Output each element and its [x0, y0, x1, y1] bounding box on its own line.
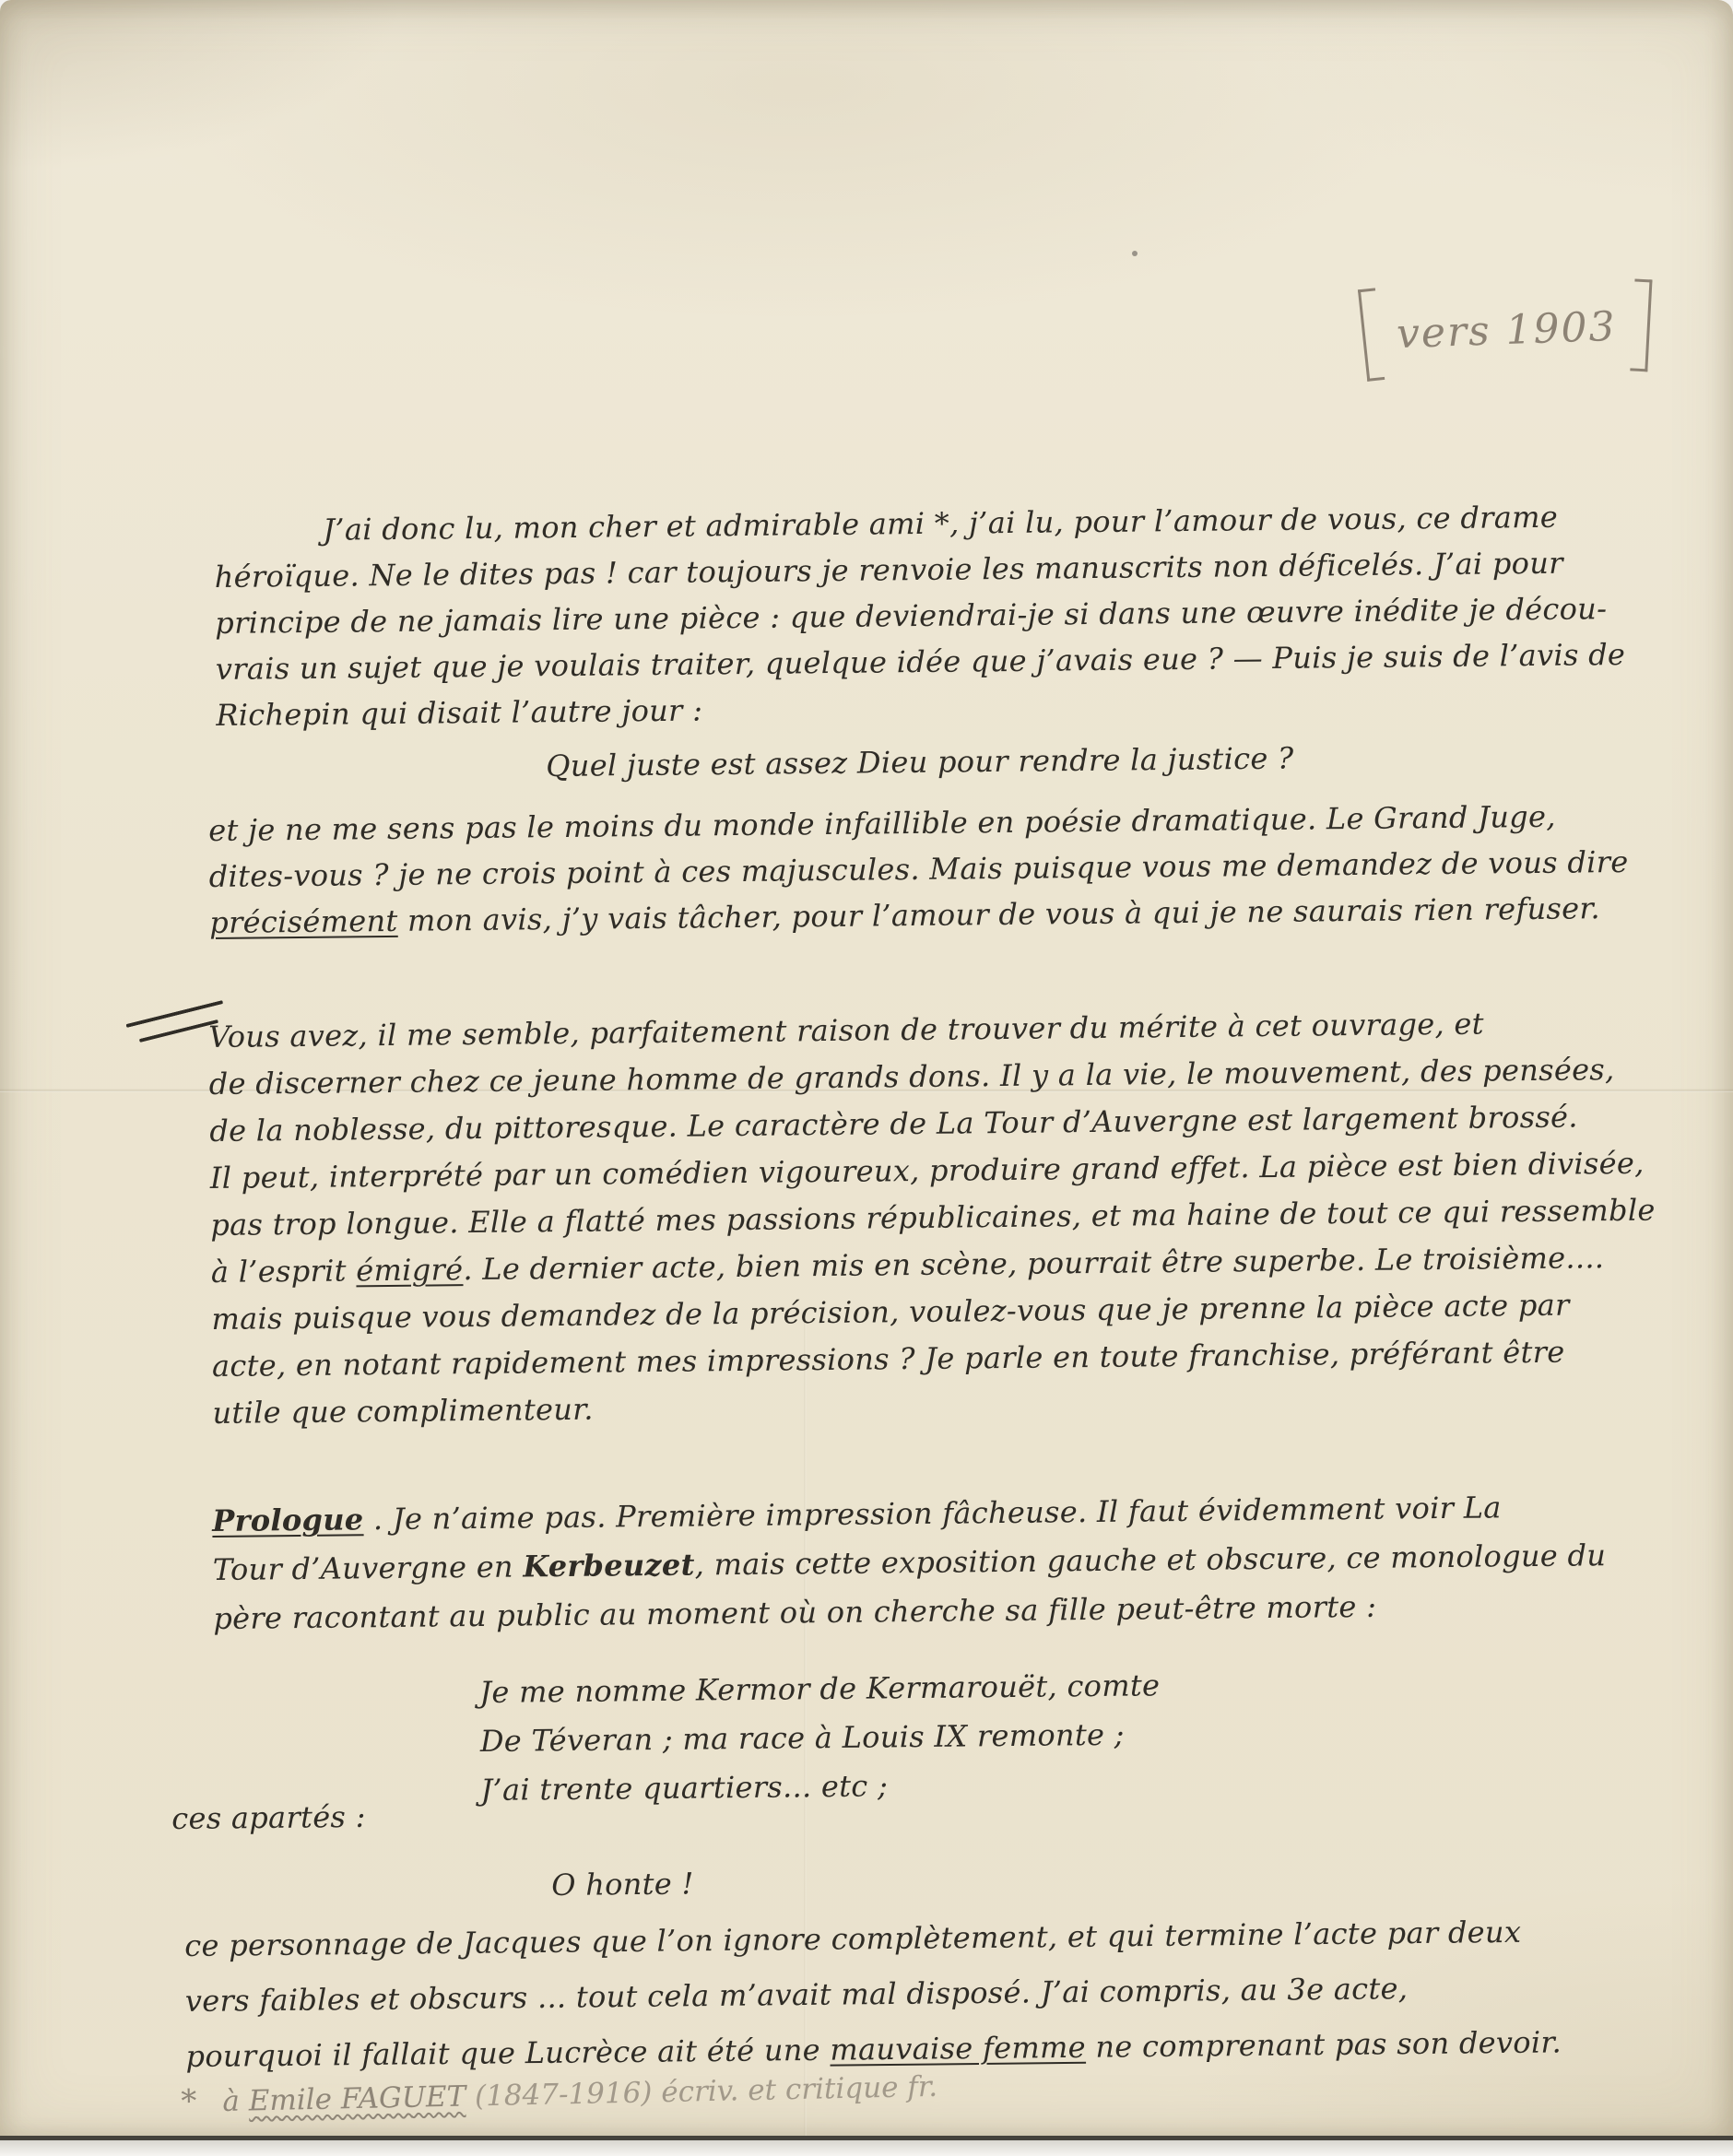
- quoted-exclamation: O honte !: [551, 1860, 694, 1909]
- letter-line: Je me nomme Kermor de Kermarouët, comte: [479, 1661, 1161, 1717]
- footnote-pre-text: à: [222, 2084, 249, 2118]
- letter-paragraph-opening: J’ai donc lu, mon cher et admirable ami …: [214, 493, 1626, 738]
- quoted-play-verse: Je me nomme Kermor de Kermarouët, comteD…: [479, 1661, 1161, 1815]
- date-annotation-text: vers 1903: [1396, 302, 1617, 357]
- letter-line: J’ai trente quartiers... etc ;: [480, 1759, 1161, 1815]
- letter-line: Quel juste est assez Dieu pour rendre la…: [546, 736, 1294, 789]
- footnote-star: *: [181, 2083, 197, 2120]
- scan-background-strip: [0, 2140, 1733, 2156]
- left-bracket-mark: [1358, 288, 1385, 381]
- letter-line: O honte !: [551, 1860, 694, 1909]
- date-annotation: vers 1903: [1361, 279, 1652, 382]
- footnote-post-text: (1847-1916) écriv. et critique fr.: [466, 2070, 938, 2114]
- letter-paragraph-opinion: Vous avez, il me semble, parfaitement ra…: [208, 999, 1657, 1437]
- letter-paragraph-closing: ce personnage de Jacques que l’on ignore…: [184, 1903, 1562, 2084]
- scanned-letter: vers 1903 J’ai donc lu, mon cher et admi…: [0, 0, 1733, 2156]
- quoted-verse-richepin: Quel juste est assez Dieu pour rendre la…: [546, 736, 1294, 789]
- letter-paper: vers 1903 J’ai donc lu, mon cher et admi…: [0, 0, 1733, 2136]
- aside-lead-in-line: ces apartés :: [171, 1794, 366, 1843]
- letter-line: De Téveran ; ma race à Louis IX remonte …: [480, 1710, 1161, 1766]
- letter-line: ces apartés :: [171, 1794, 366, 1843]
- ink-speck: [1132, 251, 1138, 256]
- footnote-recipient-name: Emile FAGUET: [248, 2080, 466, 2118]
- right-bracket-mark: [1631, 278, 1653, 371]
- letter-paragraph-prologue: Prologue . Je n’aime pas. Première impre…: [212, 1482, 1607, 1644]
- letter-paragraph-judgment: et je ne me sens pas le moins du monde i…: [208, 793, 1629, 946]
